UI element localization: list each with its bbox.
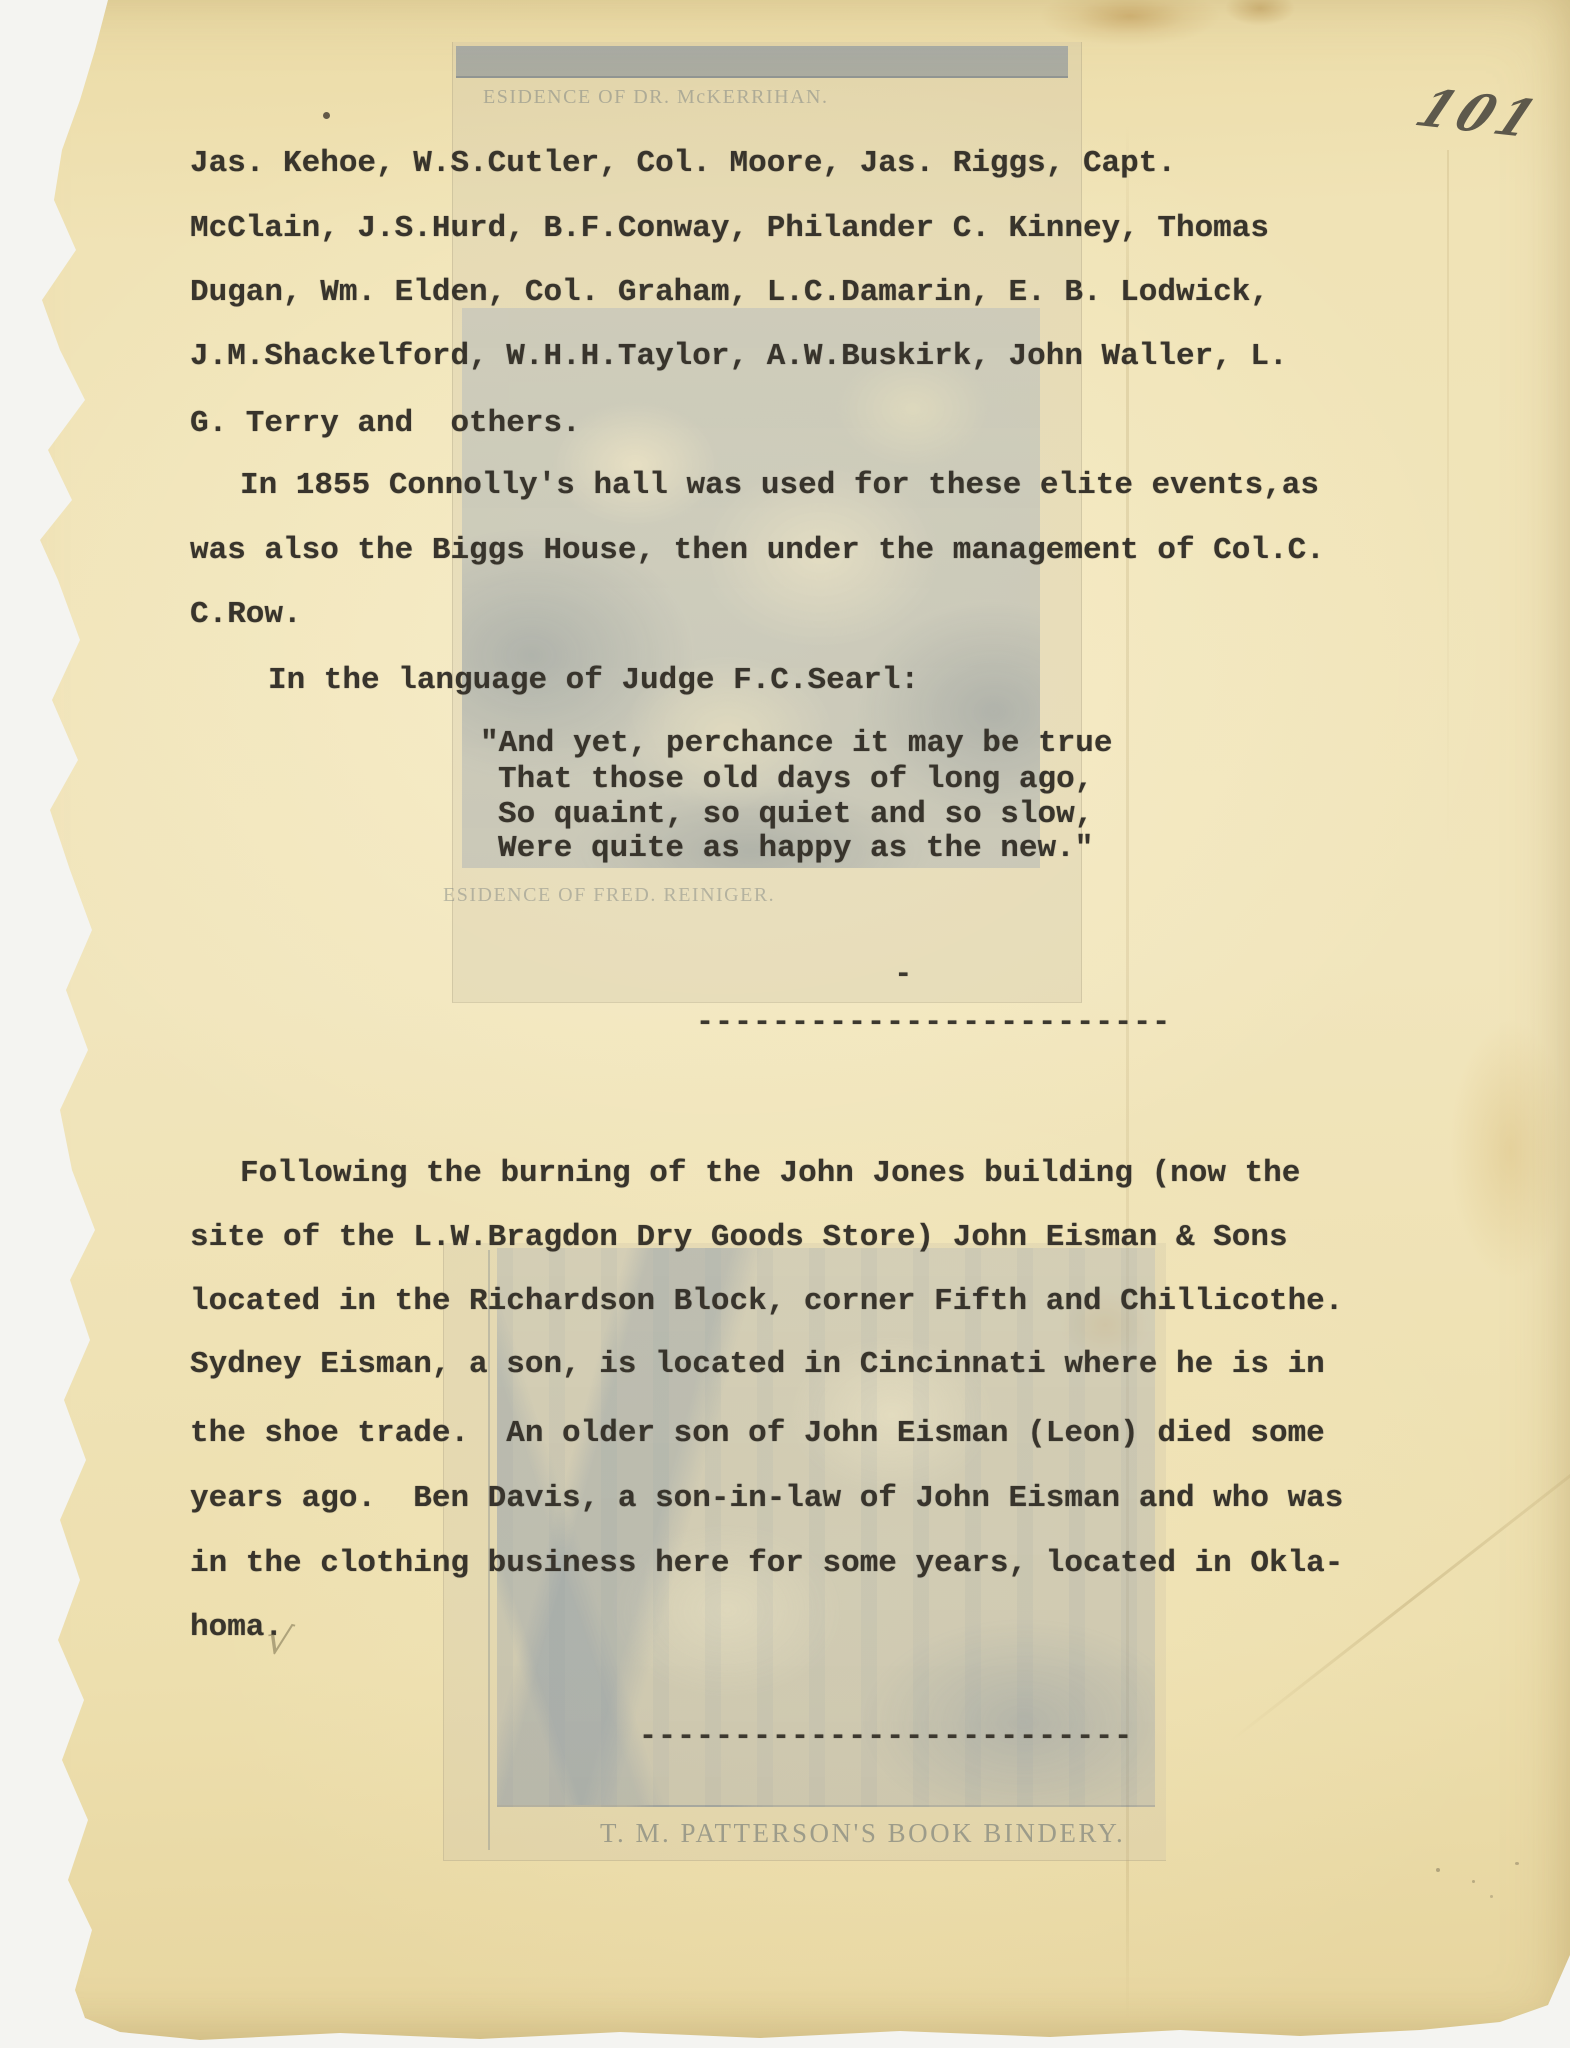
dash-row: -------------------------- [639,1720,1133,1754]
ink-speck [323,112,330,119]
typewritten-line: G. Terry and others. [190,406,581,441]
photo-dark-band [456,46,1068,78]
typewritten-line: Dugan, Wm. Elden, Col. Graham, L.C.Damar… [190,275,1269,310]
poem-line: "And yet, perchance it may be true [480,726,1113,761]
typewritten-line: the shoe trade. An older son of John Eis… [190,1416,1325,1451]
handwritten-page-number: 101 [1407,78,1552,149]
stain [1040,0,1220,46]
typewritten-line: was also the Biggs House, then under the… [190,533,1325,568]
typewritten-line: located in the Richardson Block, corner … [190,1284,1343,1319]
stain [1225,0,1295,26]
stain [1450,1020,1570,1280]
typewritten-line: C.Row. [190,597,302,632]
raised-dash: - [894,958,913,992]
caption-residence-mckerrihan: ESIDENCE OF DR. McKERRIHAN. [483,86,829,109]
poem-line: So quaint, so quiet and so slow, [498,797,1093,832]
typewritten-line: site of the L.W.Bragdon Dry Goods Store)… [190,1220,1288,1255]
typewritten-line: years ago. Ben Davis, a son-in-law of Jo… [190,1481,1343,1516]
typed-dashed-divider: ------------------------- - [582,972,1171,1108]
caption-patterson-bindery: T. M. PATTERSON'S BOOK BINDERY. [600,1818,1125,1849]
paper-sheet: ESIDENCE OF DR. McKERRIHAN. ESIDENCE OF … [0,0,1570,2048]
typed-dashed-divider: -------------------------- [525,1686,1133,1788]
dirt-speck [1515,1862,1519,1865]
typewritten-line: Jas. Kehoe, W.S.Cutler, Col. Moore, Jas.… [190,146,1176,181]
typewritten-line: in the clothing business here for some y… [190,1546,1343,1581]
scanned-page: ESIDENCE OF DR. McKERRIHAN. ESIDENCE OF … [0,0,1570,2048]
dirt-speck [1436,1868,1440,1872]
typewritten-line: J.M.Shackelford, W.H.H.Taylor, A.W.Buski… [190,339,1288,374]
typewritten-line: In 1855 Connolly's hall was used for the… [240,468,1319,503]
typewritten-line: In the language of Judge F.C.Searl: [268,663,919,698]
dirt-speck [1490,1895,1493,1898]
dirt-speck [1472,1880,1475,1883]
typewritten-line: Sydney Eisman, a son, is located in Cinc… [190,1347,1325,1382]
paper-crease [1447,150,1449,850]
poem-line: Were quite as happy as the new." [498,831,1093,866]
dash-row: ------------------------- [696,1006,1171,1040]
poem-line: That those old days of long ago, [498,762,1093,797]
typewritten-line: Following the burning of the John Jones … [240,1156,1300,1191]
typewritten-line: McClain, J.S.Hurd, B.F.Conway, Philander… [190,211,1269,246]
caption-residence-reiniger: ESIDENCE OF FRED. REINIGER. [443,884,775,907]
